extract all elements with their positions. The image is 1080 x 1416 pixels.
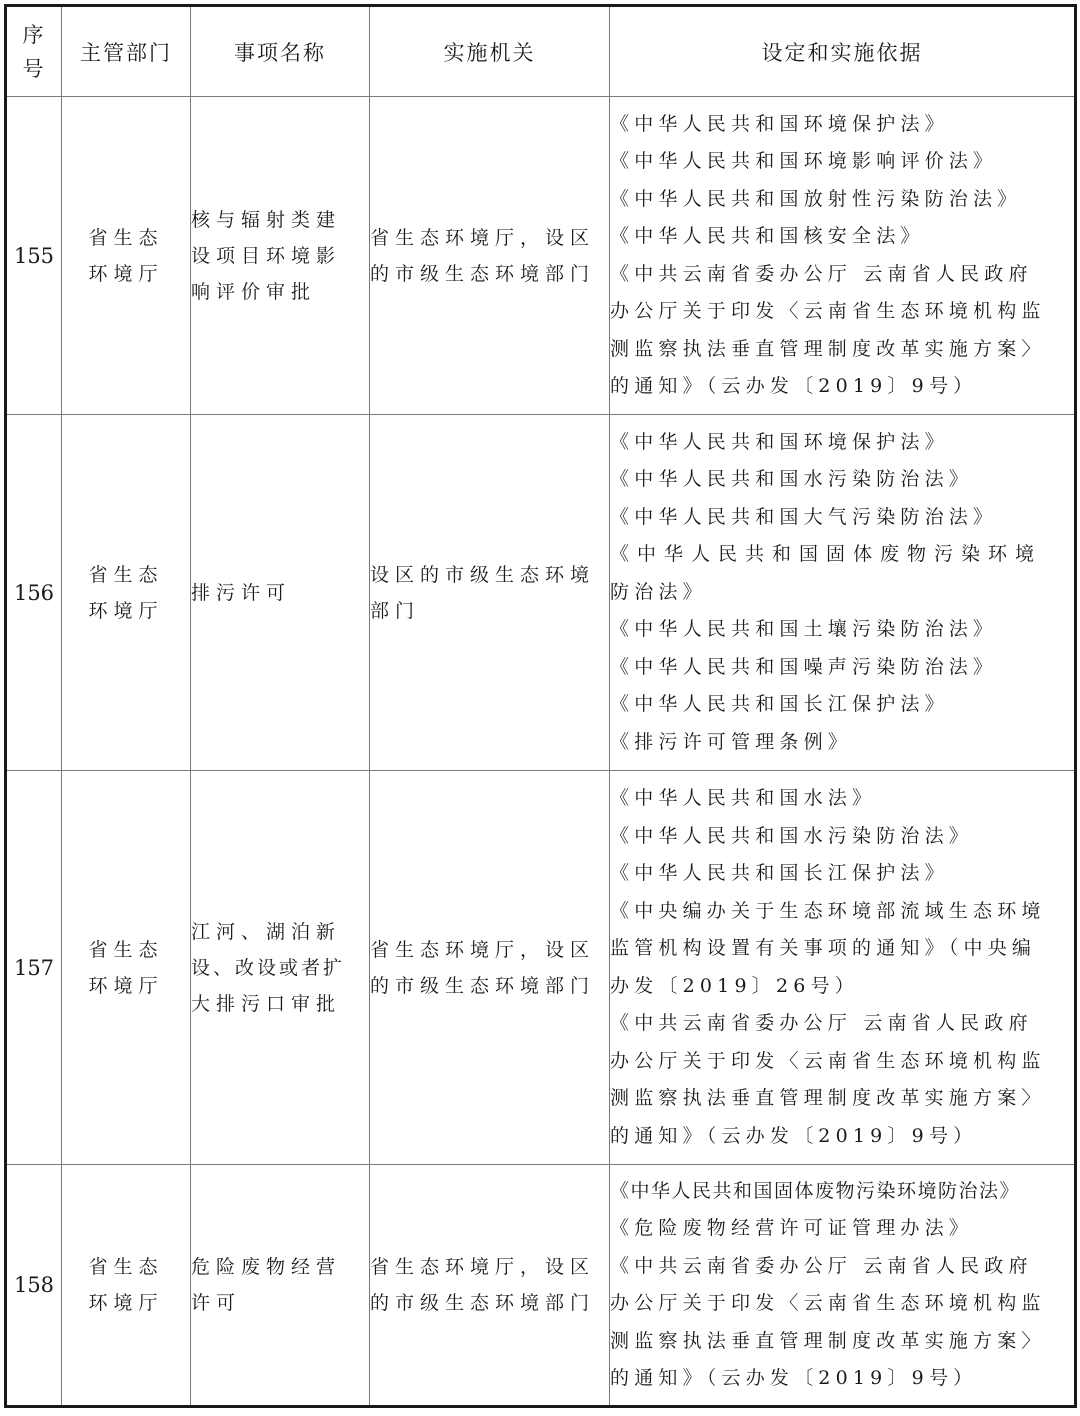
name-line: 大排污口审批 bbox=[191, 986, 369, 1022]
name-line: 许可 bbox=[191, 1285, 369, 1321]
agency-line: 省生态环境厅，设区 bbox=[370, 220, 609, 256]
basis-line: 监管机构设置有关事项的通知》（中央编 bbox=[610, 930, 1074, 968]
basis-line: 的通知》（云办发〔2019〕9号） bbox=[610, 1118, 1074, 1156]
name-line: 设、改设或者扩 bbox=[191, 950, 369, 986]
basis-line: 防治法》 bbox=[610, 574, 1074, 612]
basis-line: 办发〔2019〕26号） bbox=[610, 968, 1074, 1006]
header-dept: 主管部门 bbox=[62, 6, 191, 97]
dept-line: 环境厅 bbox=[62, 968, 190, 1004]
basis-line: 《中华人民共和国核安全法》 bbox=[610, 218, 1074, 256]
row-dept: 省生态 环境厅 bbox=[62, 97, 191, 415]
name-line: 核与辐射类建 bbox=[191, 202, 369, 238]
agency-line: 的市级生态环境部门 bbox=[370, 256, 609, 292]
agency-line: 省生态环境厅，设区 bbox=[370, 1249, 609, 1285]
row-seq: 158 bbox=[6, 1165, 62, 1407]
basis-line: 《排污许可管理条例》 bbox=[610, 724, 1074, 762]
agency-line: 的市级生态环境部门 bbox=[370, 1285, 609, 1321]
table-header-row: 序 号 主管部门 事项名称 实施机关 设定和实施依据 bbox=[6, 6, 1076, 97]
basis-line: 《中华人民共和国环境保护法》 bbox=[610, 106, 1074, 144]
row-dept: 省生态 环境厅 bbox=[62, 415, 191, 771]
row-seq: 157 bbox=[6, 771, 62, 1165]
row-agency: 省生态环境厅，设区 的市级生态环境部门 bbox=[370, 97, 610, 415]
basis-line: 《中央编办关于生态环境部流域生态环境 bbox=[610, 893, 1074, 931]
row-basis: 《中华人民共和国环境保护法》 《中华人民共和国水污染防治法》 《中华人民共和国大… bbox=[610, 415, 1076, 771]
header-name: 事项名称 bbox=[191, 6, 370, 97]
row-item-name: 排污许可 bbox=[191, 415, 370, 771]
row-item-name: 危险废物经营 许可 bbox=[191, 1165, 370, 1407]
name-line: 江河、湖泊新 bbox=[191, 914, 369, 950]
dept-line: 省生态 bbox=[62, 932, 190, 968]
basis-line: 办公厅关于印发〈云南省生态环境机构监 bbox=[610, 1043, 1074, 1081]
agency-line: 部门 bbox=[370, 593, 609, 629]
basis-line: 《中华人民共和国水污染防治法》 bbox=[610, 818, 1074, 856]
agency-line: 设区的市级生态环境 bbox=[370, 557, 609, 593]
row-basis: 《中华人民共和国水法》 《中华人民共和国水污染防治法》 《中华人民共和国长江保护… bbox=[610, 771, 1076, 1165]
basis-line: 《危险废物经营许可证管理办法》 bbox=[610, 1210, 1074, 1248]
dept-line: 环境厅 bbox=[62, 256, 190, 292]
agency-line: 的市级生态环境部门 bbox=[370, 968, 609, 1004]
basis-line: 《中华人民共和国固体废物污染环境 bbox=[610, 536, 1074, 574]
basis-line: 《中华人民共和国噪声污染防治法》 bbox=[610, 649, 1074, 687]
basis-line: 《中华人民共和国水法》 bbox=[610, 780, 1074, 818]
header-agency: 实施机关 bbox=[370, 6, 610, 97]
permit-items-table: 序 号 主管部门 事项名称 实施机关 设定和实施依据 155 省生态 环境厅 核… bbox=[4, 4, 1077, 1408]
basis-line: 《中共云南省委办公厅 云南省人民政府 bbox=[610, 256, 1074, 294]
basis-line: 的通知》（云办发〔2019〕9号） bbox=[610, 1360, 1074, 1398]
name-line: 排污许可 bbox=[191, 575, 369, 611]
basis-line: 测监察执法垂直管理制度改革实施方案〉 bbox=[610, 331, 1074, 369]
row-dept: 省生态 环境厅 bbox=[62, 771, 191, 1165]
header-seq: 序 号 bbox=[6, 6, 62, 97]
row-item-name: 核与辐射类建 设项目环境影 响评价审批 bbox=[191, 97, 370, 415]
basis-line: 办公厅关于印发〈云南省生态环境机构监 bbox=[610, 293, 1074, 331]
name-line: 危险废物经营 bbox=[191, 1249, 369, 1285]
dept-line: 省生态 bbox=[62, 220, 190, 256]
agency-line: 省生态环境厅，设区 bbox=[370, 932, 609, 968]
header-seq-line: 号 bbox=[7, 52, 61, 86]
basis-line: 《中华人民共和国长江保护法》 bbox=[610, 855, 1074, 893]
table-row: 155 省生态 环境厅 核与辐射类建 设项目环境影 响评价审批 省生态环境厅，设… bbox=[6, 97, 1076, 415]
name-line: 设项目环境影 bbox=[191, 238, 369, 274]
header-basis: 设定和实施依据 bbox=[610, 6, 1076, 97]
row-agency: 省生态环境厅，设区 的市级生态环境部门 bbox=[370, 1165, 610, 1407]
basis-line: 办公厅关于印发〈云南省生态环境机构监 bbox=[610, 1285, 1074, 1323]
basis-line: 测监察执法垂直管理制度改革实施方案〉 bbox=[610, 1323, 1074, 1361]
basis-line: 的通知》（云办发〔2019〕9号） bbox=[610, 368, 1074, 406]
row-seq: 156 bbox=[6, 415, 62, 771]
basis-line: 《中共云南省委办公厅 云南省人民政府 bbox=[610, 1005, 1074, 1043]
dept-line: 环境厅 bbox=[62, 593, 190, 629]
basis-line: 《中华人民共和国水污染防治法》 bbox=[610, 461, 1074, 499]
row-item-name: 江河、湖泊新 设、改设或者扩 大排污口审批 bbox=[191, 771, 370, 1165]
name-line: 响评价审批 bbox=[191, 274, 369, 310]
table-row: 158 省生态 环境厅 危险废物经营 许可 省生态环境厅，设区 的市级生态环境部… bbox=[6, 1165, 1076, 1407]
basis-line: 《中华人民共和国环境保护法》 bbox=[610, 424, 1074, 462]
basis-line: 测监察执法垂直管理制度改革实施方案〉 bbox=[610, 1080, 1074, 1118]
dept-line: 环境厅 bbox=[62, 1285, 190, 1321]
row-agency: 设区的市级生态环境 部门 bbox=[370, 415, 610, 771]
basis-line: 《中华人民共和国环境影响评价法》 bbox=[610, 143, 1074, 181]
basis-line: 《中华人民共和国放射性污染防治法》 bbox=[610, 181, 1074, 219]
basis-line: 《中共云南省委办公厅 云南省人民政府 bbox=[610, 1248, 1074, 1286]
row-agency: 省生态环境厅，设区 的市级生态环境部门 bbox=[370, 771, 610, 1165]
basis-line: 《中华人民共和国固体废物污染环境防治法》 bbox=[610, 1173, 1074, 1211]
table-row: 157 省生态 环境厅 江河、湖泊新 设、改设或者扩 大排污口审批 省生态环境厅… bbox=[6, 771, 1076, 1165]
row-dept: 省生态 环境厅 bbox=[62, 1165, 191, 1407]
row-basis: 《中华人民共和国环境保护法》 《中华人民共和国环境影响评价法》 《中华人民共和国… bbox=[610, 97, 1076, 415]
basis-line: 《中华人民共和国长江保护法》 bbox=[610, 686, 1074, 724]
header-seq-line: 序 bbox=[7, 18, 61, 52]
basis-line: 《中华人民共和国大气污染防治法》 bbox=[610, 499, 1074, 537]
row-basis: 《中华人民共和国固体废物污染环境防治法》 《危险废物经营许可证管理办法》 《中共… bbox=[610, 1165, 1076, 1407]
dept-line: 省生态 bbox=[62, 1249, 190, 1285]
row-seq: 155 bbox=[6, 97, 62, 415]
dept-line: 省生态 bbox=[62, 557, 190, 593]
table-row: 156 省生态 环境厅 排污许可 设区的市级生态环境 部门 《中华人民共和国环境… bbox=[6, 415, 1076, 771]
basis-line: 《中华人民共和国土壤污染防治法》 bbox=[610, 611, 1074, 649]
